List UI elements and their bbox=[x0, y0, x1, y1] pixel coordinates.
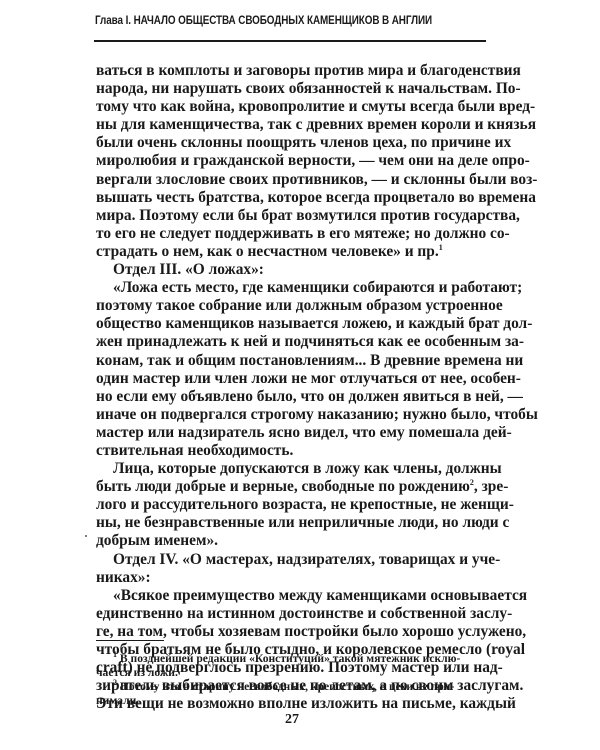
text-line: народа, ни нарушать своих обязанностей к… bbox=[96, 80, 408, 98]
text-line: но если ему объявлено было, что он долже… bbox=[96, 388, 408, 406]
text-line: единственно на истинном достоинстве и со… bbox=[96, 605, 408, 623]
footnote-ref[interactable]: 1 bbox=[439, 243, 443, 252]
text-line: то его не следует поддерживать в его мят… bbox=[96, 225, 408, 243]
header-rule bbox=[94, 40, 486, 42]
text-line: страдать о нем, как о несчастном человек… bbox=[96, 243, 408, 261]
footnote-2: 2 Потому что в старину несвободных, креп… bbox=[96, 680, 408, 694]
text-line-content: страдать о нем, как о несчастном человек… bbox=[96, 243, 439, 260]
footnote-marker: 1 bbox=[113, 650, 117, 659]
text-line: общество каменщиков называется ложею, и … bbox=[96, 315, 408, 333]
text-line: вергали злословие своих противников, — и… bbox=[96, 171, 408, 189]
text-line: лого и рассудительного возраста, не креп… bbox=[96, 496, 408, 514]
footnote-1: 1 В позднейшей редакции «Конституций» та… bbox=[96, 652, 408, 666]
text-line: «Всякое преимущество между каменщиками о… bbox=[96, 587, 408, 605]
text-line: ваться в комплоты и заговоры против мира… bbox=[96, 62, 408, 80]
text-line: добрым именем». bbox=[96, 532, 408, 550]
text-line: мастер или надзиратель ясно видел, что е… bbox=[96, 424, 408, 442]
text-line-content: быть люди добрые и верные, свободные по … bbox=[96, 478, 470, 495]
text-line: вышать честь братства, которое всегда пр… bbox=[96, 189, 408, 207]
footnote-2-continued: нимали. bbox=[96, 694, 408, 708]
text-line: мира. Поэтому если бы брат возмутился пр… bbox=[96, 207, 408, 225]
section-heading: Отдел III. «О ложах»: bbox=[96, 261, 408, 279]
text-line: один мастер или член ложи не мог отлучат… bbox=[96, 370, 408, 388]
page-number: 27 bbox=[285, 712, 299, 728]
text-line: миролюбия и гражданской верности, — чем … bbox=[96, 152, 408, 170]
text-line: были очень склонны поощрять членов цеха,… bbox=[96, 134, 408, 152]
text-line: иначе он подвергался строгому наказанию;… bbox=[96, 406, 408, 424]
text-line: тому что как война, кровопролитие и смут… bbox=[96, 98, 408, 116]
footnote-separator bbox=[96, 640, 164, 641]
running-header: Глава I. НАЧАЛО ОБЩЕСТВА СВОБОДНЫХ КАМЕН… bbox=[95, 15, 405, 27]
text-line: ны для каменщичества, так с древних врем… bbox=[96, 116, 408, 134]
footnote-text: Потому что в старину несвободных, крепос… bbox=[120, 680, 454, 693]
footnote-marker: 2 bbox=[113, 678, 117, 687]
text-line: ге, на том, чтобы хозяевам постройки был… bbox=[96, 623, 408, 641]
text-line-suffix: , зре- bbox=[474, 478, 508, 495]
text-line: ны, не безнравственные или неприличные л… bbox=[96, 514, 408, 532]
scan-artifact bbox=[85, 535, 87, 537]
text-line: «Ложа есть место, где каменщики собирают… bbox=[96, 279, 408, 297]
main-text: ваться в комплоты и заговоры против мира… bbox=[96, 62, 408, 713]
footnote-text: В позднейшей редакции «Конституций» тако… bbox=[120, 652, 460, 665]
text-line: поэтому такое собрание или должным образ… bbox=[96, 297, 408, 315]
footnote-1-continued: чается из ложи. bbox=[96, 666, 408, 680]
footnotes: 1 В позднейшей редакции «Конституций» та… bbox=[96, 652, 408, 708]
text-line: Лица, которые допускаются в ложу как чле… bbox=[96, 460, 408, 478]
text-line: ствительная необходимость. bbox=[96, 442, 408, 460]
section-heading: Отдел IV. «О мастерах, надзирателях, тов… bbox=[96, 551, 408, 569]
section-heading-continued: никах»: bbox=[96, 569, 408, 587]
text-line: конам, так и общим постановлениям... В д… bbox=[96, 352, 408, 370]
text-line: жен принадлежать к ней и подчиняться как… bbox=[96, 333, 408, 351]
text-line: быть люди добрые и верные, свободные по … bbox=[96, 478, 408, 496]
